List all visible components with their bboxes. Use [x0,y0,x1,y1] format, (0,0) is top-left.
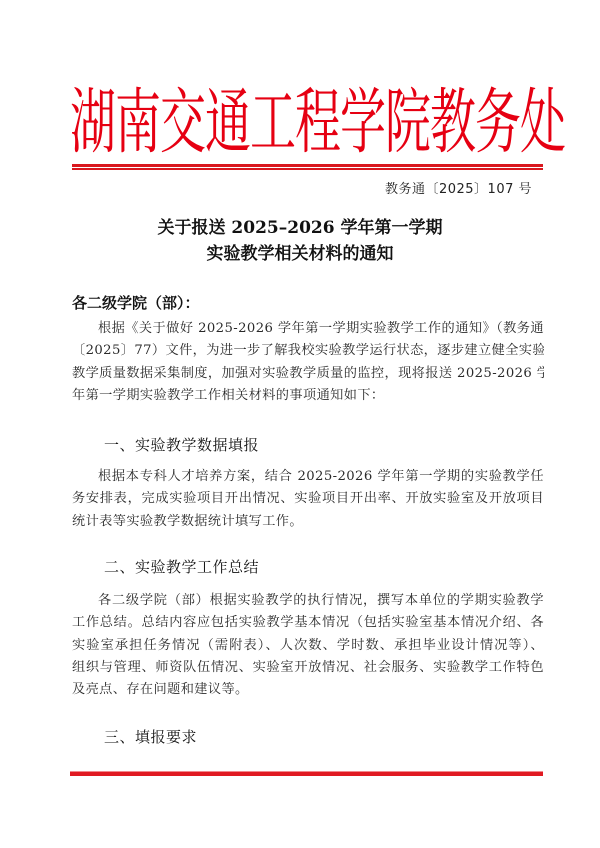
section-heading-1: 一、实验教学数据填报 [104,434,259,455]
footer-red-rule [70,772,543,776]
intro-paragraph: 根据《关于做好 2025-2026 学年第一学期实验教学工作的通知》（教务通 〔… [72,318,544,407]
salutation: 各二级学院（部）： [72,292,200,313]
document-title-line-1: 关于报送 2025–2026 学年第一学期 [0,216,600,241]
paragraph-line: 务安排表，完成实验项目开出情况、实验项目开出率、开放实验室及开放项目 [72,488,544,510]
section-1-paragraph: 根据本专科人才培养方案，结合 2025-2026 学年第一学期的实验教学任 务安… [72,466,544,533]
document-page: 湖南交通工程学院教务处 教务通〔2025〕107 号 关于报送 2025–202… [0,0,600,848]
document-title-line-2: 实验教学相关材料的通知 [0,242,600,267]
section-heading-2: 二、实验教学工作总结 [104,556,259,577]
paragraph-line: 工作总结。总结内容应包括实验教学基本情况（包括实验室基本情况介绍、各 [72,612,544,634]
masthead-red-double-rule [72,164,543,170]
paragraph-line: 统计表等实验教学数据统计填写工作。 [72,511,544,533]
paragraph-line: 组织与管理、师资队伍情况、实验室开放情况、社会服务、实验教学工作特色 [72,657,544,679]
paragraph-line: 〔2025〕77）文件，为进一步了解我校实验教学运行状态，逐步建立健全实验 [72,340,544,362]
paragraph-line: 实验室承担任务情况（需附表）、人次数、学时数、承担毕业设计情况等）、 [72,635,544,657]
paragraph-line: 及亮点、存在问题和建议等。 [72,679,544,701]
paragraph-line: 各二级学院（部）根据实验教学的执行情况，撰写本单位的学期实验教学 [72,590,544,612]
paragraph-line: 根据本专科人才培养方案，结合 2025-2026 学年第一学期的实验教学任 [72,466,544,488]
paragraph-line: 年第一学期实验教学工作相关材料的事项通知如下： [72,385,544,407]
section-heading-3: 三、填报要求 [104,726,197,747]
rule-thin-line [72,168,543,170]
section-2-paragraph: 各二级学院（部）根据实验教学的执行情况，撰写本单位的学期实验教学 工作总结。总结… [72,590,544,701]
rule-thick-line [72,164,543,167]
document-number: 教务通〔2025〕107 号 [385,178,532,197]
paragraph-line: 根据《关于做好 2025-2026 学年第一学期实验教学工作的通知》（教务通 [72,318,544,340]
masthead-title: 湖南交通工程学院教务处 [70,86,565,157]
paragraph-line: 教学质量数据采集制度，加强对实验教学质量的监控，现将报送 2025-2026 学 [72,363,544,385]
masthead: 湖南交通工程学院教务处 [70,80,545,160]
